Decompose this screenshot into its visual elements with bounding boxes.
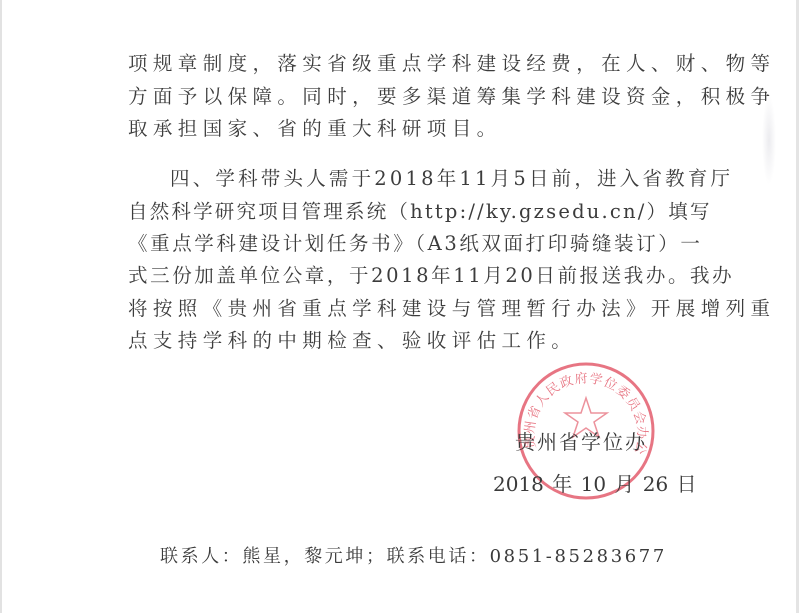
text-line: 式三份加盖单位公章，于2018年11月20日前报送我办。我办 bbox=[128, 264, 734, 288]
text-line: 《重点学科建设计划任务书》（A3纸双面打印骑缝装订）一 bbox=[128, 232, 702, 256]
text-line: 四、学科带头人需于2018年11月5日前，进入省教育厅 bbox=[170, 167, 733, 191]
contact-info: 联系人：熊星，黎元坤；联系电话：0851-85283677 bbox=[160, 542, 667, 568]
text-line: 项规章制度，落实省级重点学科建设经费，在人、财、物等 bbox=[128, 52, 775, 76]
text-line: 自然科学研究项目管理系统（http://ky.gzsedu.cn/）填写 bbox=[128, 200, 712, 224]
text-line: 点支持学科的中期检查、验收评估工作。 bbox=[128, 329, 576, 353]
text-line: 方面予以保障。同时，要多渠道筹集学科建设资金，积极争 bbox=[128, 85, 775, 109]
issuer-signature: 贵州省学位办 bbox=[515, 426, 647, 455]
issue-date: 2018 年 10 月 26 日 bbox=[493, 468, 697, 497]
text-line: 取承担国家、省的重大科研项目。 bbox=[128, 117, 502, 141]
page-left-edge bbox=[0, 0, 2, 613]
text-line: 将按照《贵州省重点学科建设与管理暂行办法》开展增列重 bbox=[128, 297, 775, 321]
